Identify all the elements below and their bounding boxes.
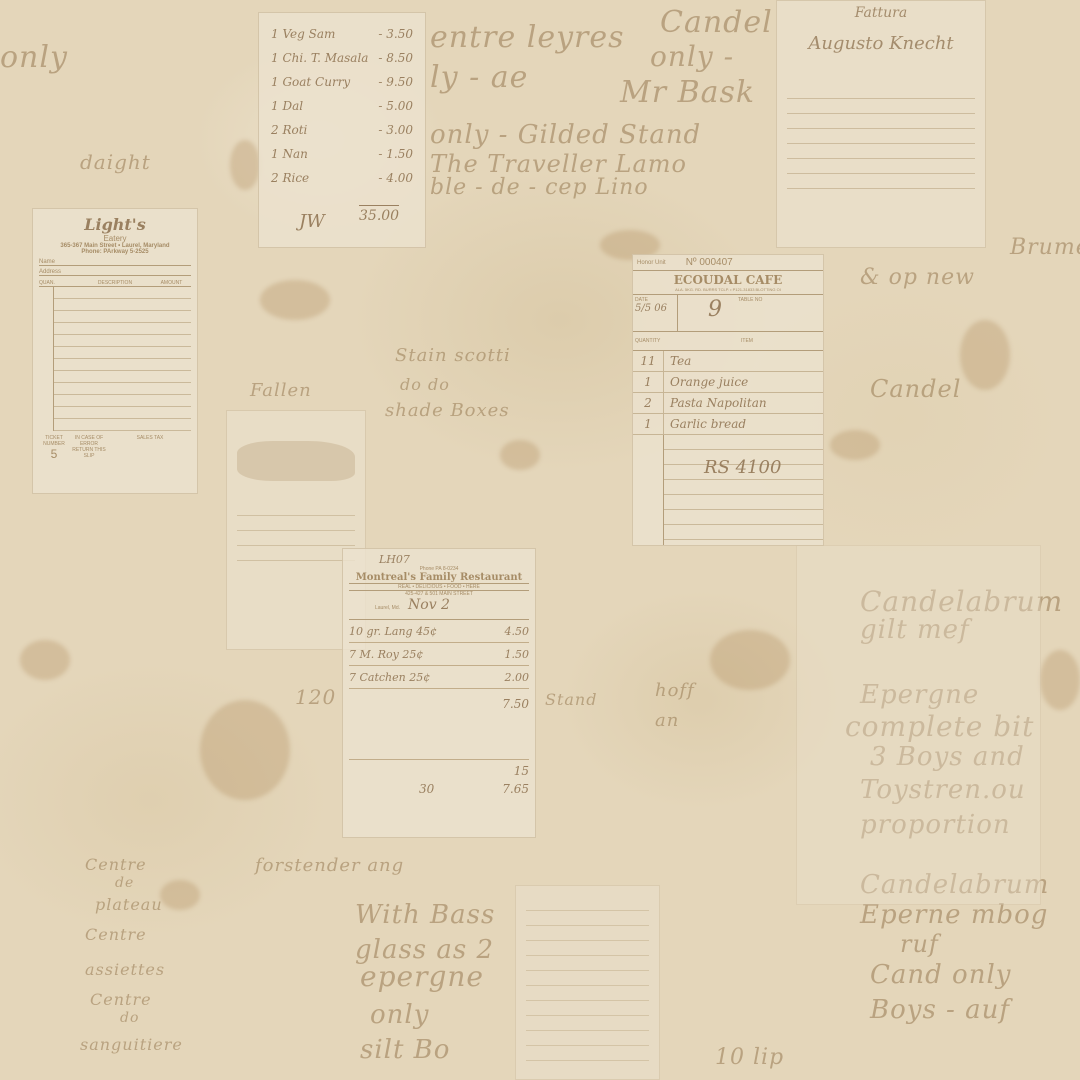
tagline: REAL • DELICIOUS • FOOD • HERE bbox=[349, 583, 529, 591]
stain bbox=[1040, 650, 1080, 710]
cursive-word: Stain scotti bbox=[395, 345, 511, 366]
cursive-word: assiettes bbox=[85, 960, 165, 979]
item-qty: 2 bbox=[633, 393, 664, 413]
stain bbox=[960, 320, 1010, 390]
tax: 15 bbox=[514, 764, 529, 778]
quantity-label: QUANTITY bbox=[633, 338, 671, 344]
item-name: Orange juice bbox=[664, 375, 748, 389]
lights-name-label: Name bbox=[39, 259, 191, 266]
receipt-number: Nº 000407 bbox=[686, 257, 733, 268]
cursive-word: only - bbox=[650, 40, 734, 73]
subtotal: 7.50 bbox=[502, 697, 529, 711]
cursive-word: Brume bbox=[1010, 235, 1080, 260]
top-note: LH07 bbox=[349, 553, 529, 566]
cafe-name: ECOUDAL CAFE bbox=[635, 273, 821, 287]
stain bbox=[500, 440, 540, 470]
cursive-word: With Bass bbox=[355, 900, 495, 930]
bill-line: 2 Roti- 3.00 bbox=[271, 123, 413, 147]
bill-item: 1 Nan bbox=[271, 147, 308, 171]
stain bbox=[830, 430, 880, 460]
cursive-word: Centre bbox=[90, 990, 152, 1009]
receipt-left-label: Honor Unit bbox=[637, 260, 666, 266]
bill-item: 1 Veg Sam bbox=[271, 27, 335, 51]
lights-eatery-receipt: Light's Eatery 365-367 Main Street • Lau… bbox=[32, 208, 198, 494]
cursive-word: daight bbox=[80, 150, 151, 174]
bill-item: 1 Dal bbox=[271, 99, 303, 123]
handwritten-bill: 1 Veg Sam- 3.501 Chi. T. Masala- 8.501 G… bbox=[258, 12, 426, 248]
stain bbox=[20, 640, 70, 680]
receipt-line: 7 Catchen 25¢2.00 bbox=[349, 666, 529, 689]
bill-amount: - 3.50 bbox=[378, 27, 413, 51]
bill-amount: - 9.50 bbox=[378, 75, 413, 99]
ecoudal-cafe-receipt: Honor Unit Nº 000407 ECOUDAL CAFE ALA. 5… bbox=[632, 254, 824, 546]
table-label: TABLE NO bbox=[738, 297, 762, 303]
cursive-word: only bbox=[370, 1000, 429, 1030]
cursive-word: Stand bbox=[545, 690, 597, 709]
cursive-word: hoff bbox=[655, 680, 695, 701]
invoice-recipient: Augusto Knecht bbox=[787, 33, 975, 54]
item-qty: 1 bbox=[633, 414, 664, 434]
receipt-line: 10 gr. Lang 45¢4.50 bbox=[349, 620, 529, 643]
cursive-word: Boys - auf bbox=[870, 995, 1010, 1025]
montreals-restaurant-receipt: LH07 Phone PA 8-0234 Montreal's Family R… bbox=[342, 548, 536, 838]
bill-amount: - 4.00 bbox=[378, 171, 413, 195]
cursive-word: Centre bbox=[85, 855, 147, 874]
cursive-word: ly - ae bbox=[430, 60, 528, 95]
lights-phone: Phone: PArkway 5-2525 bbox=[39, 249, 191, 255]
bill-amount: - 1.50 bbox=[378, 147, 413, 171]
cursive-letter bbox=[796, 545, 1041, 905]
cursive-word: forstender ang bbox=[255, 855, 404, 876]
cursive-word: 10 lip bbox=[715, 1045, 784, 1070]
cursive-word: Candel bbox=[660, 5, 773, 40]
stain bbox=[160, 880, 200, 910]
bill-line: 2 Rice- 4.00 bbox=[271, 171, 413, 195]
cursive-word: de bbox=[115, 875, 134, 891]
bill-amount: - 3.00 bbox=[378, 123, 413, 147]
cursive-word: an bbox=[655, 710, 679, 731]
city: Laurel, Md. bbox=[375, 605, 400, 611]
cafe-subline: ALA. 5KG. RD. BURRS TCLP. • P121-31833 B… bbox=[635, 287, 821, 292]
item-name: Garlic bread bbox=[664, 417, 746, 431]
error-note: IN CASE OF ERROR RETURN THIS SLIP bbox=[69, 435, 109, 461]
line-amount: 2.00 bbox=[505, 671, 530, 684]
bill-amount: - 8.50 bbox=[378, 51, 413, 75]
cursive-word: shade Boxes bbox=[385, 400, 510, 421]
bill-line: 1 Goat Curry- 9.50 bbox=[271, 75, 413, 99]
item-qty: 11 bbox=[633, 351, 664, 371]
line-desc: 10 gr. Lang 45¢ bbox=[349, 625, 437, 638]
receipt-item-row: 1Garlic bread bbox=[633, 414, 823, 435]
faint-number: 30 bbox=[419, 782, 434, 796]
cursive-word: 120 bbox=[295, 685, 336, 709]
cursive-word: entre leyres bbox=[430, 20, 625, 55]
ticket-label: TICKET NUMBER bbox=[39, 435, 69, 447]
item-name: Pasta Napolitan bbox=[664, 396, 767, 410]
col-amount: AMOUNT bbox=[161, 280, 191, 286]
ticket-number: 5 bbox=[39, 447, 69, 461]
stain bbox=[230, 140, 260, 190]
receipt-item-row: 11Tea bbox=[633, 351, 823, 372]
date-value: 5/5 06 bbox=[635, 303, 675, 314]
cursive-word: Fallen bbox=[250, 380, 312, 401]
stain bbox=[260, 280, 330, 320]
line-amount: 1.50 bbox=[505, 648, 530, 661]
item-name: Tea bbox=[664, 354, 691, 368]
bill-line: 1 Chi. T. Masala- 8.50 bbox=[271, 51, 413, 75]
stain bbox=[710, 630, 790, 690]
cursive-word: only - Gilded Stand bbox=[430, 120, 701, 150]
bill-line: 1 Dal- 5.00 bbox=[271, 99, 413, 123]
cursive-word: & op new bbox=[860, 265, 975, 290]
bill-amount: - 5.00 bbox=[378, 99, 413, 123]
stain bbox=[200, 700, 290, 800]
cursive-word: Mr Bask bbox=[620, 75, 755, 110]
bill-total: 35.00 bbox=[359, 205, 399, 224]
cursive-word: Candel bbox=[870, 375, 961, 403]
line-desc: 7 M. Roy 25¢ bbox=[349, 648, 423, 661]
receipt-item-row: 1Orange juice bbox=[633, 372, 823, 393]
cursive-word: sanguitiere bbox=[80, 1035, 183, 1054]
item-qty: 1 bbox=[633, 372, 664, 392]
sales-tax-label: SALES TAX bbox=[109, 435, 191, 461]
lights-address-label: Address bbox=[39, 269, 191, 276]
invoice-header: Fattura bbox=[787, 5, 975, 21]
cursive-word: Centre bbox=[85, 925, 147, 944]
line-amount: 4.50 bbox=[505, 625, 530, 638]
cursive-word: The Traveller Lamo bbox=[430, 150, 687, 178]
bill-item: 2 Rice bbox=[271, 171, 309, 195]
cursive-word: only bbox=[0, 40, 68, 75]
date: Nov 2 bbox=[408, 597, 450, 613]
restaurant-name: Montreal's Family Restaurant bbox=[349, 572, 529, 583]
table-value: 9 bbox=[708, 297, 722, 322]
engraving-illustration bbox=[237, 441, 355, 481]
receipt-total: RS 4100 bbox=[704, 457, 781, 478]
cursive-word: ble - de - cep Lino bbox=[430, 175, 649, 200]
cursive-word: Cand only bbox=[870, 960, 1011, 990]
bill-item: 1 Goat Curry bbox=[271, 75, 350, 99]
lights-subtitle: Eatery bbox=[39, 234, 191, 243]
italian-invoice: Fattura Augusto Knecht bbox=[776, 0, 986, 248]
lights-name: Light's bbox=[39, 215, 191, 234]
total: 7.65 bbox=[502, 782, 529, 796]
receipt-item-row: 2Pasta Napolitan bbox=[633, 393, 823, 414]
line-desc: 7 Catchen 25¢ bbox=[349, 671, 430, 684]
cursive-word: silt Bo bbox=[360, 1035, 450, 1065]
bill-line: 1 Nan- 1.50 bbox=[271, 147, 413, 171]
bill-line: 1 Veg Sam- 3.50 bbox=[271, 27, 413, 51]
bill-initials: JW bbox=[299, 211, 325, 232]
cursive-word: ruf bbox=[900, 930, 939, 958]
bill-item: 2 Roti bbox=[271, 123, 307, 147]
bill-item: 1 Chi. T. Masala bbox=[271, 51, 368, 75]
col-description: DESCRIPTION bbox=[69, 280, 160, 286]
col-quan: QUAN. bbox=[39, 280, 69, 286]
cursive-word: plateau bbox=[95, 895, 163, 914]
item-label: ITEM bbox=[671, 338, 823, 344]
cursive-word: epergne bbox=[360, 960, 484, 993]
cursive-word: do do bbox=[400, 375, 450, 394]
price-list-document bbox=[515, 885, 660, 1080]
cursive-word: do bbox=[120, 1010, 139, 1026]
receipt-line: 7 M. Roy 25¢1.50 bbox=[349, 643, 529, 666]
